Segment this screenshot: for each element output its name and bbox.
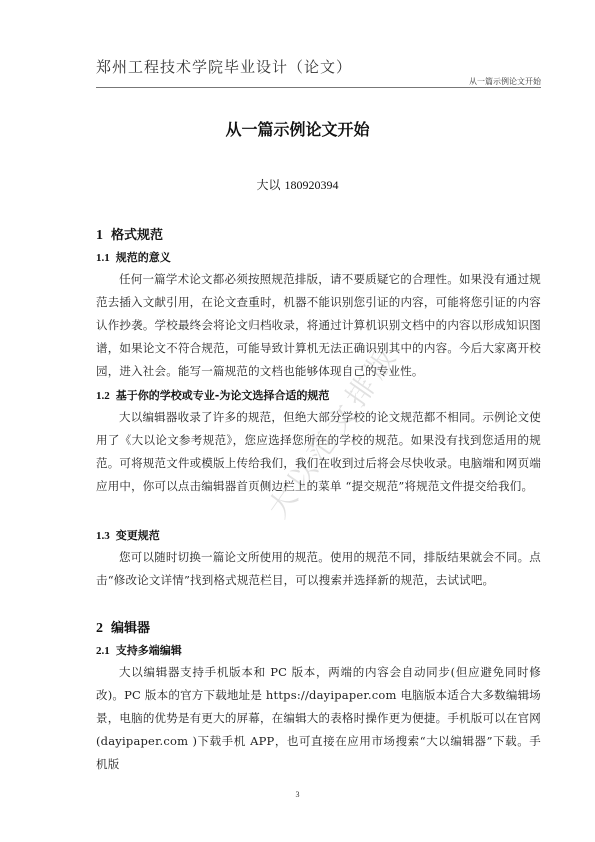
subsection-heading: 1.2基于你的学校或专业-为论文选择合适的规范 (96, 387, 329, 403)
school-title: 郑州工程技术学院毕业设计（论文） (96, 56, 541, 77)
subsection-heading: 1.3变更规范 (96, 527, 160, 543)
document-title: 从一篇示例论文开始 (0, 117, 595, 140)
running-title: 从一篇示例论文开始 (469, 76, 541, 87)
paragraph: 任何一篇学术论文都必须按照规范排版，请不要质疑它的合理性。如果没有通过规范去插入… (96, 268, 541, 383)
page-header: 郑州工程技术学院毕业设计（论文） 从一篇示例论文开始 (96, 56, 541, 77)
author-name: 大以 (256, 178, 280, 192)
section-heading: 2编辑器 (96, 617, 150, 637)
page-number: 3 (0, 790, 595, 799)
section-heading: 1格式规范 (96, 224, 163, 244)
student-id: 180920394 (285, 178, 339, 192)
author-line: 大以180920394 (0, 176, 595, 193)
paragraph: 您可以随时切换一篇论文所使用的规范。使用的规范不同，排版结果就会不同。点击“修改… (96, 546, 541, 592)
subsection-heading: 2.1支持多端编辑 (96, 642, 182, 658)
paragraph: 大以编辑器收录了许多的规范，但绝大部分学校的论文规范都不相同。示例论文使用了《大… (96, 406, 541, 498)
header-rule (96, 87, 541, 88)
subsection-heading: 1.1规范的意义 (96, 249, 171, 265)
paragraph: 大以编辑器支持手机版本和 PC 版本，两端的内容会自动同步(但应避免同时修改)。… (96, 661, 541, 776)
